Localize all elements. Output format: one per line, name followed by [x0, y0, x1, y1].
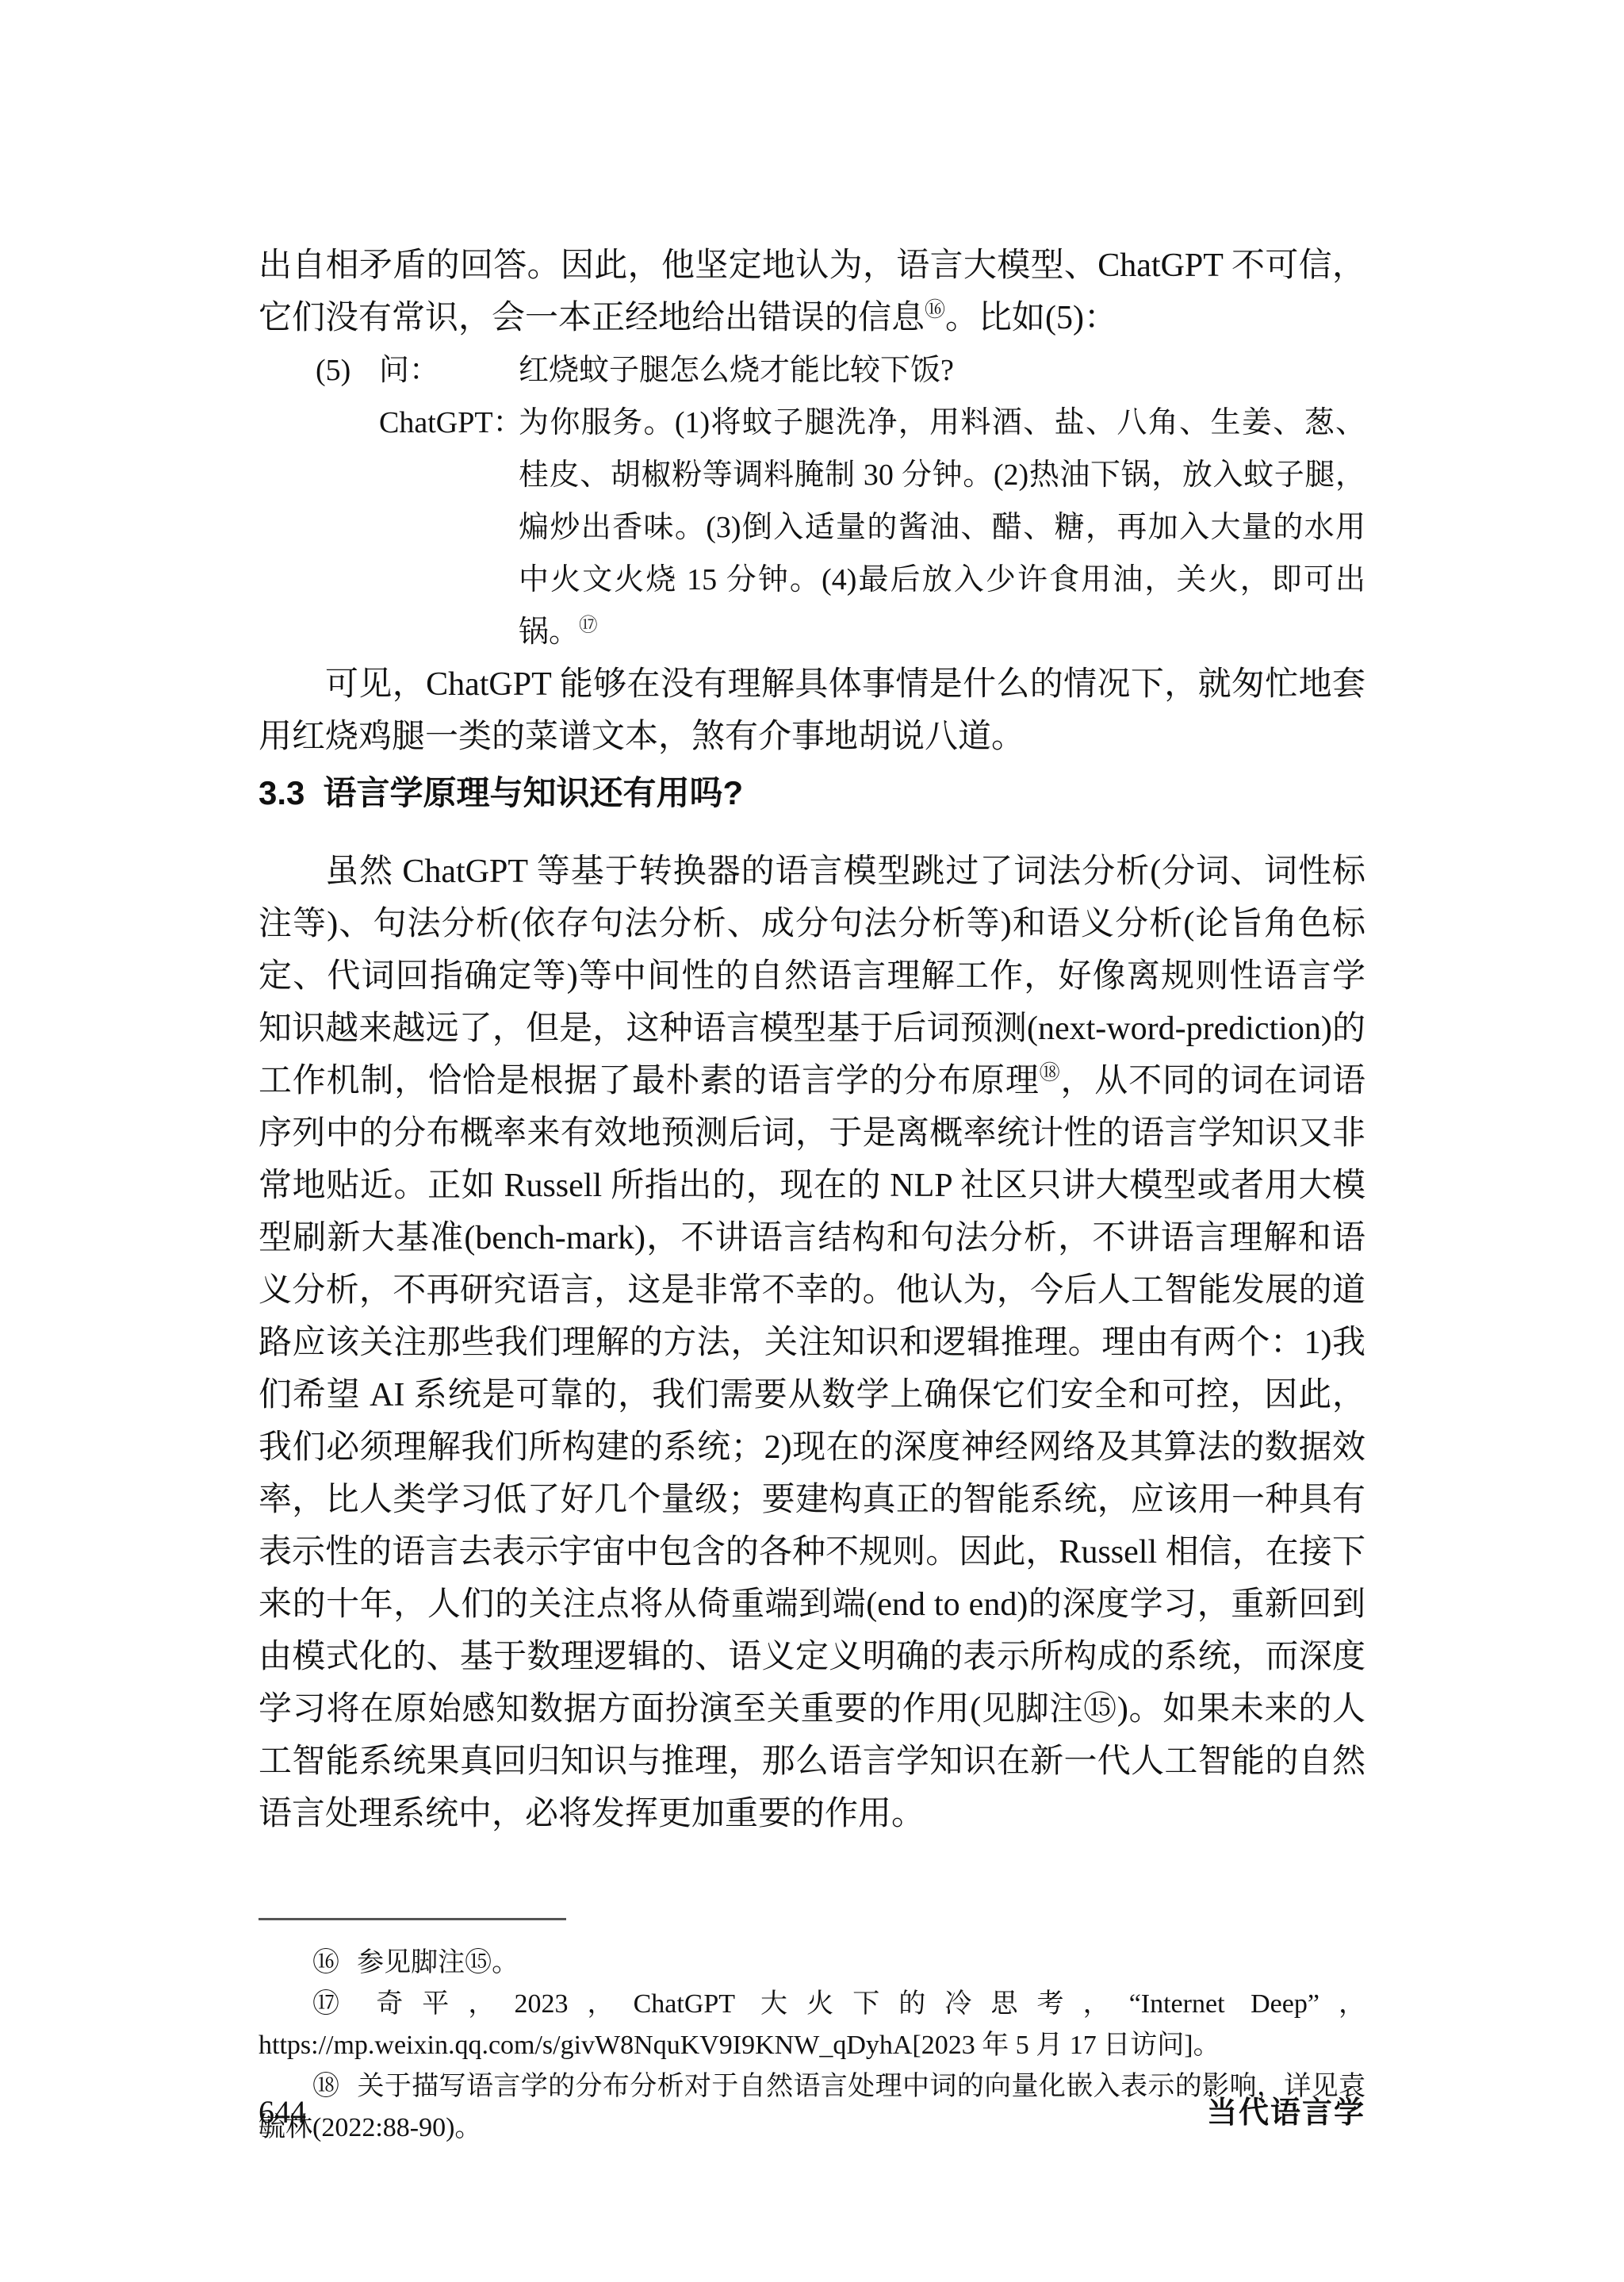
- example-speaker-chatgpt: ChatGPT：: [379, 397, 519, 658]
- paragraph-comment: 可见，ChatGPT 能够在没有理解具体事情是什么的情况下，就匆忙地套用红烧鸡腿…: [259, 658, 1365, 763]
- example-number-spacer: [316, 397, 379, 658]
- footnote-17: ⑰奇平，2023，ChatGPT 大火下的冷思考，“Internet Deep”…: [259, 1984, 1365, 2066]
- footnote-separator: [259, 1918, 566, 1920]
- footnote-16-marker: ⑯: [312, 1948, 339, 1977]
- example-block: (5) 问： 红烧蚊子腿怎么烧才能比较下饭? ChatGPT： 为你服务。(1)…: [316, 344, 1365, 658]
- journal-name: 当代语言学: [1207, 2088, 1365, 2131]
- section-heading: 3.3语言学原理与知识还有用吗?: [259, 773, 1365, 814]
- section-number: 3.3: [259, 774, 304, 811]
- example-question-text: 红烧蚊子腿怎么烧才能比较下饭?: [519, 344, 1365, 397]
- footnote-16-text: 参见脚注⑮。: [357, 1948, 519, 1977]
- footnote-17-marker: ⑰: [312, 1989, 358, 2019]
- paragraph-main: 虽然 ChatGPT 等基于转换器的语言模型跳过了词法分析(分词、词性标注等)、…: [259, 846, 1365, 1840]
- paragraph-opening: 出自相矛盾的回答。因此，他坚定地认为，语言大模型、ChatGPT 不可信，它们没…: [259, 240, 1365, 344]
- paper-page: 出自相矛盾的回答。因此，他坚定地认为，语言大模型、ChatGPT 不可信，它们没…: [0, 0, 1624, 2282]
- footnote-17-text: 奇平，2023，ChatGPT 大火下的冷思考，“Internet Deep”，…: [259, 1989, 1365, 2060]
- page-number: 644: [259, 2093, 306, 2131]
- example-answer-text: 为你服务。(1)将蚊子腿洗净，用料酒、盐、八角、生姜、葱、桂皮、胡椒粉等调料腌制…: [519, 397, 1365, 658]
- example-speaker-question: 问：: [379, 344, 519, 397]
- section-title: 语言学原理与知识还有用吗?: [323, 774, 743, 811]
- page-footer: 644 当代语言学: [259, 2088, 1365, 2131]
- example-number: (5): [316, 344, 379, 397]
- footnote-16: ⑯参见脚注⑮。: [259, 1943, 1365, 1984]
